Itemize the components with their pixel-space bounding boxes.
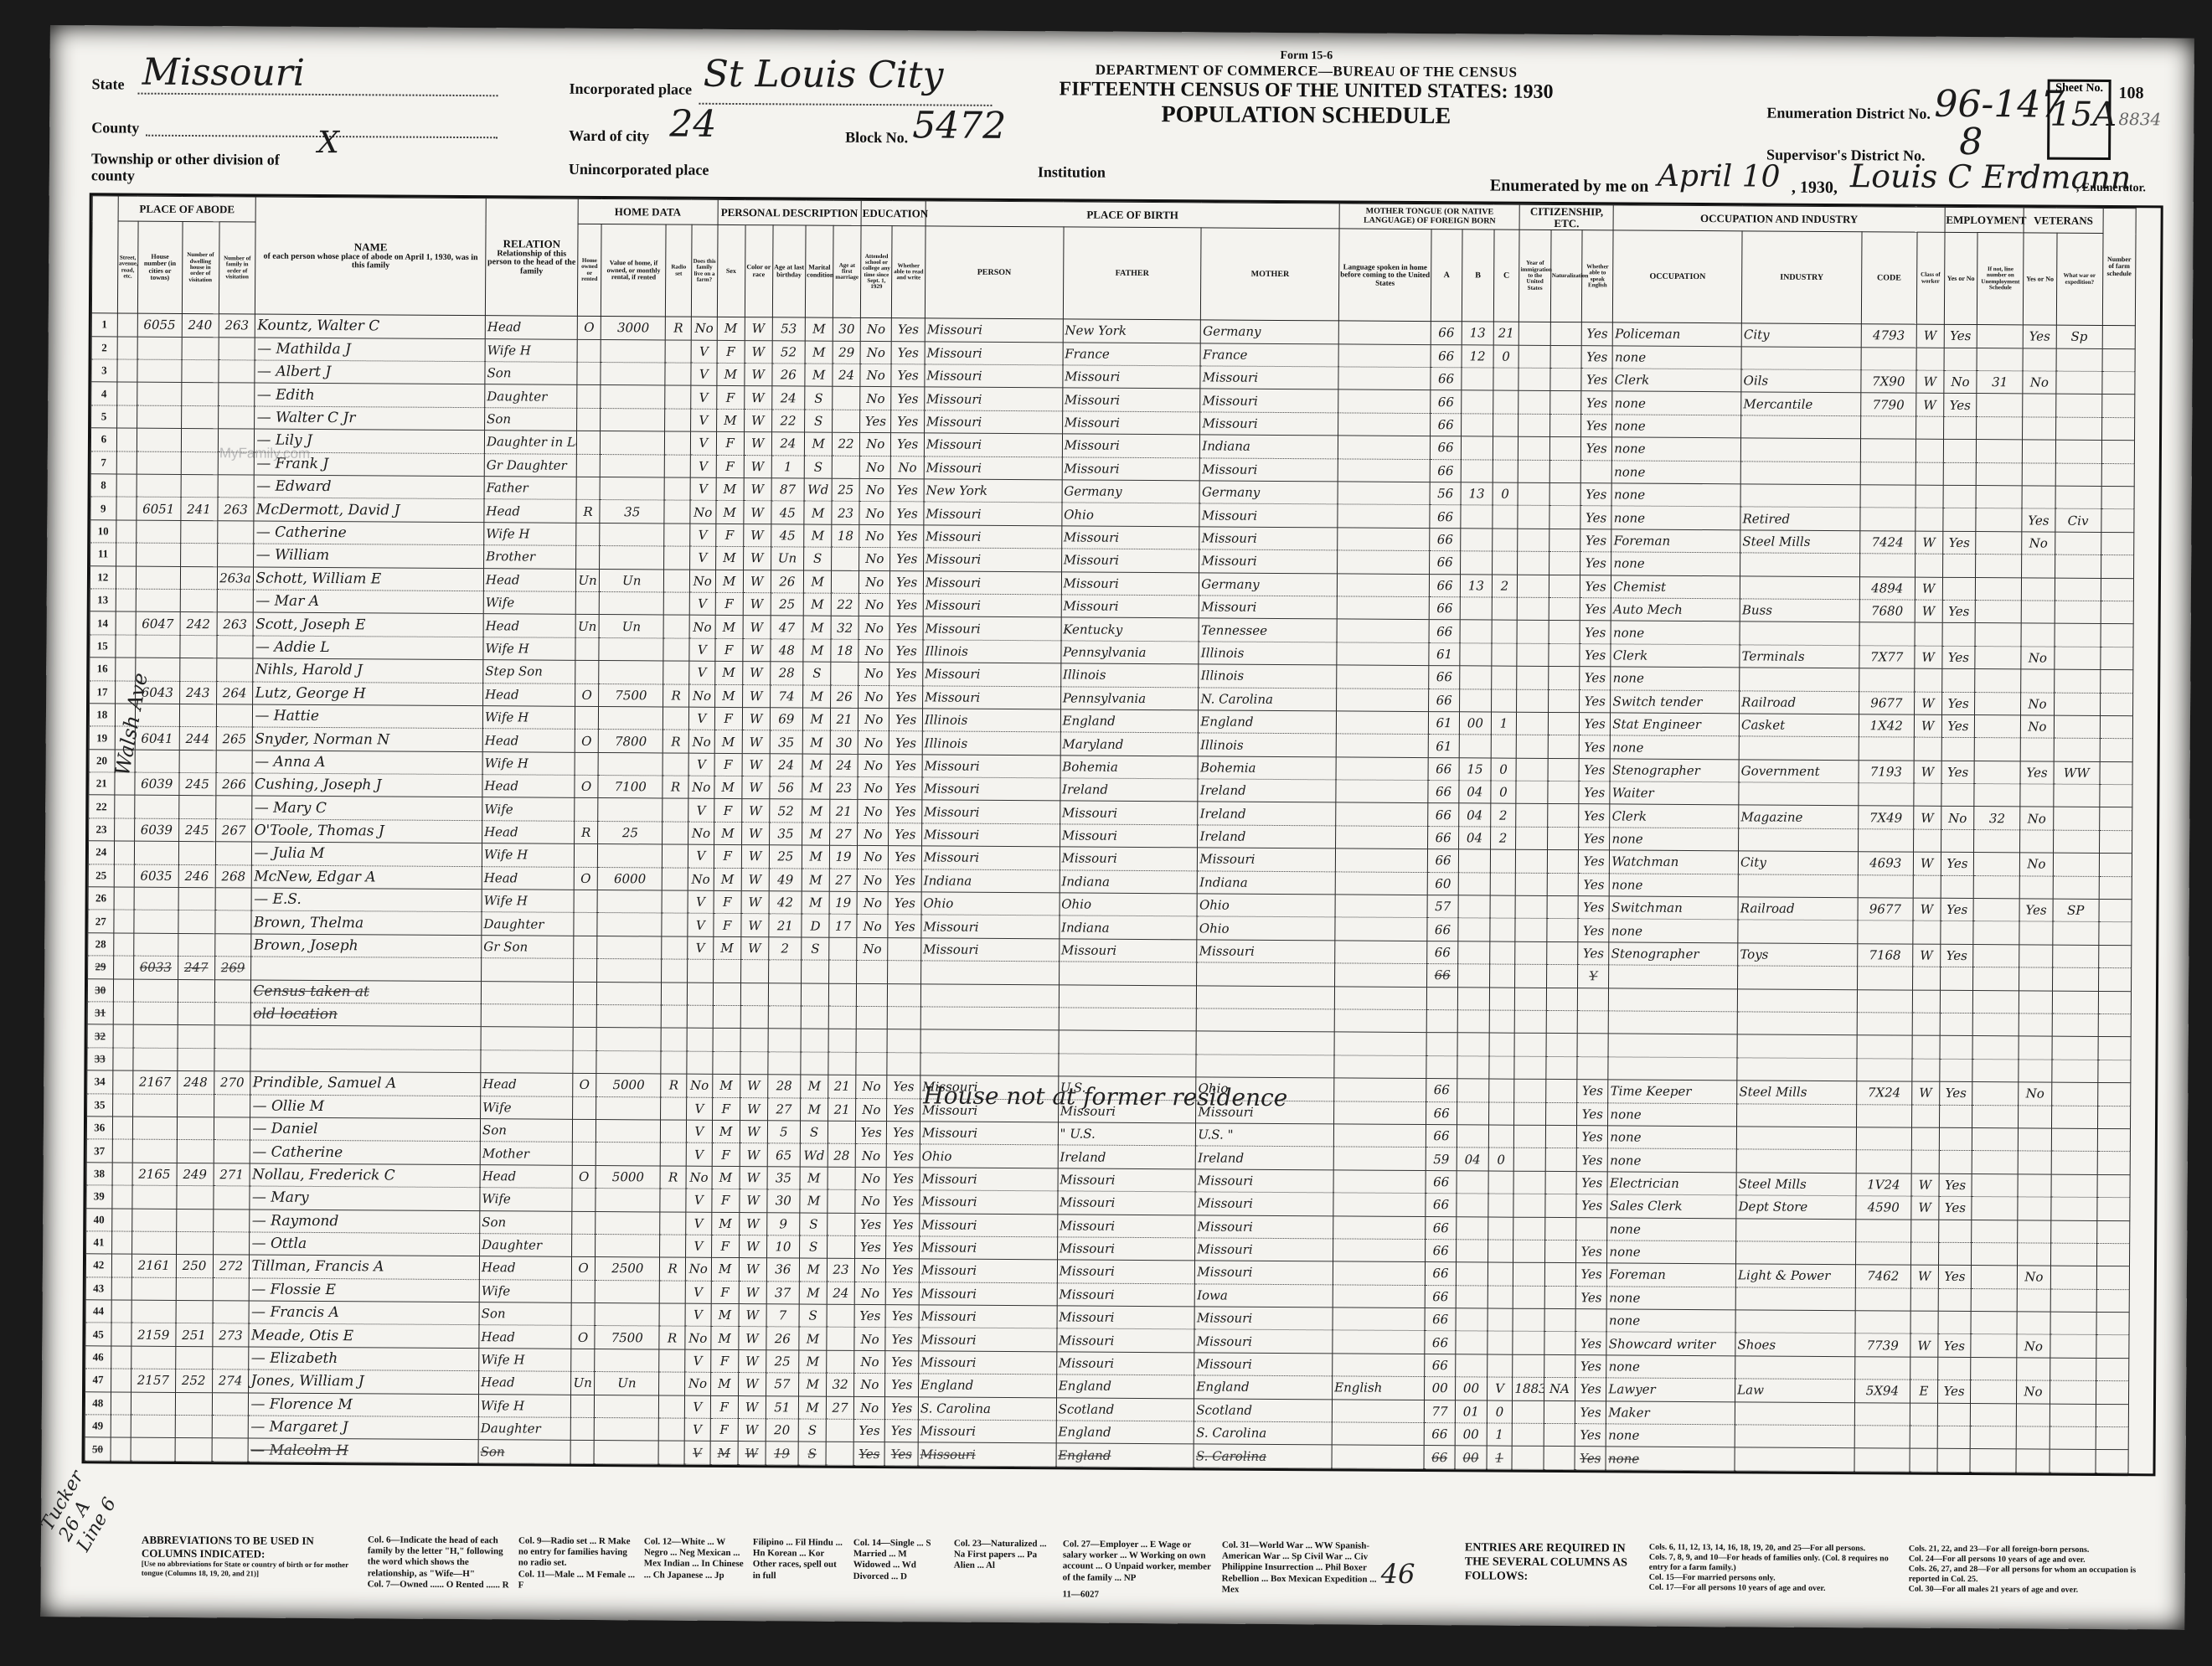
cell-emp bbox=[1941, 783, 1975, 807]
cell-emp-line bbox=[1976, 508, 2022, 532]
cell-code-c bbox=[1492, 597, 1518, 621]
cell-read: Yes bbox=[889, 639, 923, 663]
cell-house bbox=[131, 1392, 175, 1416]
cell-code-c bbox=[1488, 1240, 1513, 1263]
cell-emp: Yes bbox=[1937, 1380, 1971, 1404]
cell-farm-sched bbox=[2096, 1358, 2129, 1381]
cell-farm: V bbox=[685, 1303, 711, 1327]
cell-sex: M bbox=[717, 363, 745, 386]
cell-relation: Head bbox=[485, 316, 577, 339]
cell-family bbox=[218, 451, 255, 475]
cell-school: No bbox=[859, 433, 890, 456]
cell-value bbox=[597, 982, 662, 1005]
cell-sex: F bbox=[714, 753, 742, 776]
sheet-value: 15A bbox=[2050, 95, 2108, 134]
cell-sex: M bbox=[714, 868, 741, 891]
cell-line: 42 bbox=[85, 1254, 111, 1277]
cell-occ-code bbox=[1860, 508, 1916, 531]
cell-age-marriage: 25 bbox=[832, 478, 859, 502]
cell-line: 22 bbox=[89, 795, 115, 818]
cell-vet-war bbox=[2051, 1128, 2097, 1152]
cell-street bbox=[113, 933, 133, 957]
cell-radio bbox=[665, 409, 691, 432]
cell-vet bbox=[2023, 394, 2056, 417]
radio-header: Radio set bbox=[666, 224, 692, 317]
cell-vet bbox=[2016, 1426, 2050, 1450]
cell-emp-line: 31 bbox=[1977, 371, 2023, 395]
cell-vet-war bbox=[2052, 991, 2098, 1014]
cell-vet-war bbox=[2055, 395, 2101, 418]
cell-street bbox=[111, 1415, 131, 1438]
cell-industry bbox=[1736, 1127, 1856, 1150]
cell-age: 36 bbox=[766, 1258, 800, 1282]
cell-birth-mother bbox=[1196, 1055, 1334, 1078]
cell-occ-code bbox=[1860, 485, 1916, 508]
cell-school: Yes bbox=[855, 1121, 886, 1144]
cell-relation: Daughter bbox=[485, 384, 577, 408]
cell-vet-war bbox=[2055, 463, 2101, 487]
cell-vet-war bbox=[2056, 371, 2102, 395]
cell-age: 24 bbox=[771, 386, 805, 410]
cell-farm-sched bbox=[2098, 1037, 2132, 1060]
cell-vet: No bbox=[2017, 1334, 2050, 1358]
cell-street bbox=[116, 382, 137, 405]
cell-english: Yes bbox=[1576, 1194, 1608, 1218]
cell-code-c bbox=[1487, 1331, 1513, 1354]
col14-note: Col. 14—Single ... S Married ... M Widow… bbox=[853, 1538, 946, 1582]
cell-dwelling bbox=[177, 1048, 214, 1071]
cell-radio bbox=[660, 1235, 686, 1258]
cell-code-c bbox=[1488, 1217, 1513, 1240]
cell-relation: Wife bbox=[483, 591, 575, 615]
cell-immigration bbox=[1512, 1447, 1543, 1470]
cell-vet bbox=[2019, 990, 2053, 1014]
cell-english: Yes bbox=[1581, 369, 1613, 392]
cell-family: 263 bbox=[219, 314, 255, 338]
cell-marital: S bbox=[800, 1213, 828, 1236]
cell-vet bbox=[2019, 1105, 2052, 1128]
cell-school bbox=[857, 961, 888, 984]
cell-marital: M bbox=[803, 593, 831, 616]
cell-language bbox=[1338, 550, 1430, 574]
cell-occupation: Switch tender bbox=[1611, 689, 1740, 713]
cell-code-a bbox=[1426, 1033, 1457, 1056]
cell-farm-sched bbox=[2097, 1106, 2131, 1129]
street-header: Street, avenue, road, etc. bbox=[117, 221, 138, 313]
cell-birth-mother: Missouri bbox=[1194, 1353, 1333, 1376]
relation-group-header: RELATIONRelationship of this person to t… bbox=[485, 199, 578, 317]
cell-class: W bbox=[1914, 761, 1941, 784]
cell-dwelling: 249 bbox=[177, 1163, 214, 1186]
cell-vet-war bbox=[2050, 1426, 2096, 1450]
cell-farm-sched bbox=[2100, 739, 2133, 762]
cell-code-c: 1 bbox=[1487, 1423, 1513, 1447]
cell-value bbox=[600, 591, 664, 615]
cell-farm-sched bbox=[2101, 555, 2134, 579]
cell-code-a: 66 bbox=[1428, 689, 1459, 712]
cell-house bbox=[136, 589, 180, 612]
cell-vet-war bbox=[2053, 853, 2099, 876]
cell-occupation: Watchman bbox=[1610, 850, 1739, 874]
cell-occ-code bbox=[1856, 1219, 1911, 1242]
cell-relation: Head bbox=[483, 614, 575, 637]
cell-birth-mother: Missouri bbox=[1200, 458, 1338, 482]
cell-farm: No bbox=[688, 730, 714, 753]
cell-radio bbox=[663, 661, 689, 684]
cell-house bbox=[134, 910, 178, 934]
cell-naturalization bbox=[1544, 1332, 1575, 1355]
cell-name: — Walter C Jr bbox=[255, 406, 485, 431]
cell-name: Jones, William J bbox=[249, 1369, 479, 1394]
cell-age-marriage: 32 bbox=[827, 1373, 854, 1396]
cell-house: 6047 bbox=[136, 611, 180, 635]
cell-language bbox=[1337, 642, 1429, 666]
cell-emp-line bbox=[1970, 1426, 2016, 1450]
cell-code-a: 66 bbox=[1428, 803, 1459, 827]
cell-birth-mother: Indiana bbox=[1198, 871, 1336, 895]
cell-relation: Father bbox=[484, 477, 576, 500]
cell-radio bbox=[665, 431, 691, 455]
cell-relation: Wife bbox=[479, 1279, 571, 1302]
cell-emp-line bbox=[1971, 1288, 2017, 1312]
occupation-header: OCCUPATION bbox=[1613, 230, 1742, 323]
cell-house bbox=[131, 1277, 176, 1301]
cell-relation: Brother bbox=[484, 545, 576, 569]
cell-naturalization bbox=[1545, 1125, 1576, 1148]
cell-vet bbox=[2019, 945, 2053, 968]
cell-farm: V bbox=[684, 1442, 710, 1465]
class-worker-header: Class of worker bbox=[1916, 232, 1945, 324]
cell-birth-mother: Missouri bbox=[1200, 389, 1338, 412]
cell-occupation: none bbox=[1611, 506, 1740, 529]
cell-line: 33 bbox=[87, 1048, 113, 1071]
cell-family bbox=[214, 1048, 250, 1071]
cell-vet-war bbox=[2052, 1037, 2098, 1060]
cell-owned bbox=[577, 339, 601, 363]
naturalization-header: Naturalization bbox=[1550, 230, 1582, 322]
cell-industry: Terminals bbox=[1740, 645, 1859, 668]
cell-birth-person bbox=[920, 1053, 1059, 1076]
cell-vet-war bbox=[2056, 348, 2102, 372]
cell-house bbox=[136, 543, 180, 566]
cell-code-c: 0 bbox=[1491, 758, 1517, 781]
cell-sex: F bbox=[712, 1143, 740, 1167]
cell-marital: M bbox=[799, 1373, 827, 1396]
cell-emp bbox=[1940, 1013, 1973, 1036]
cell-dwelling bbox=[180, 544, 217, 567]
cell-relation: Head bbox=[483, 568, 575, 591]
cell-race: W bbox=[744, 455, 771, 478]
cell-read: Yes bbox=[886, 1190, 920, 1214]
cell-vet bbox=[2020, 738, 2054, 761]
cell-vet bbox=[2017, 1358, 2050, 1381]
code-a-header: A bbox=[1431, 230, 1462, 322]
cell-class bbox=[1915, 554, 1942, 577]
cell-marital: M bbox=[799, 1327, 827, 1350]
cell-industry: Magazine bbox=[1739, 805, 1859, 828]
cell-marital: M bbox=[803, 616, 831, 639]
cell-read: Yes bbox=[888, 892, 921, 916]
cell-birth-father: " U.S. bbox=[1058, 1122, 1196, 1146]
cell-farm-sched bbox=[2096, 1313, 2130, 1336]
cell-naturalization bbox=[1549, 391, 1580, 415]
cell-birth-person: Missouri bbox=[920, 1122, 1058, 1145]
cell-marital: M bbox=[805, 364, 833, 387]
cell-english: Yes bbox=[1575, 1263, 1607, 1287]
cell-dwelling bbox=[178, 1002, 214, 1025]
ward-value: 24 bbox=[669, 103, 716, 146]
cell-birth-father: Ohio bbox=[1062, 503, 1200, 526]
cell-immigration bbox=[1514, 1056, 1545, 1080]
cell-occupation: none bbox=[1606, 1309, 1735, 1333]
cell-birth-father: England bbox=[1056, 1443, 1194, 1467]
cell-dwelling: 243 bbox=[179, 681, 216, 704]
cell-name: — Hattie bbox=[253, 704, 483, 729]
cell-vet bbox=[2020, 830, 2054, 854]
cell-age-marriage bbox=[828, 1235, 855, 1259]
cell-occupation: none bbox=[1607, 1217, 1736, 1240]
incorporated-label: Incorporated place bbox=[569, 80, 692, 99]
cell-value bbox=[596, 1189, 660, 1212]
cell-emp bbox=[1941, 668, 1975, 692]
cell-emp bbox=[1943, 416, 1977, 440]
cell-emp-line bbox=[1977, 394, 2023, 417]
cell-occupation bbox=[1608, 1034, 1737, 1057]
cell-birth-father: Missouri bbox=[1057, 1283, 1195, 1307]
cell-vet bbox=[2019, 1060, 2052, 1083]
cell-industry: Railroad bbox=[1738, 897, 1858, 921]
cell-age-marriage: 27 bbox=[826, 1396, 853, 1420]
cell-occ-code bbox=[1855, 1311, 1910, 1334]
cell-sex: M bbox=[713, 936, 740, 960]
cell-family: 263a bbox=[217, 566, 254, 590]
cell-farm: V bbox=[684, 1395, 710, 1419]
cell-industry bbox=[1737, 1103, 1857, 1127]
schedule-title: POPULATION SCHEDULE bbox=[1013, 101, 1599, 131]
cell-house: 6051 bbox=[137, 498, 181, 521]
cell-industry bbox=[1740, 575, 1859, 599]
cell-marital: M bbox=[805, 317, 833, 341]
cell-emp-line bbox=[1974, 853, 2020, 876]
cell-code-a: 66 bbox=[1425, 1308, 1456, 1332]
cell-line: 41 bbox=[86, 1231, 112, 1255]
cell-vet bbox=[2021, 623, 2055, 647]
cell-class: W bbox=[1910, 1265, 1938, 1288]
cell-sex: F bbox=[710, 1349, 738, 1373]
cell-family: 274 bbox=[212, 1369, 249, 1393]
cell-occ-code bbox=[1854, 1402, 1910, 1426]
cell-birth-mother: Illinois bbox=[1199, 733, 1337, 756]
cell-code-a: 66 bbox=[1430, 413, 1461, 436]
cell-family bbox=[214, 1094, 250, 1117]
cell-sex: F bbox=[716, 386, 744, 410]
cell-birth-person: Missouri bbox=[924, 433, 1062, 456]
cell-sex: F bbox=[710, 1395, 738, 1419]
cell-dwelling: 250 bbox=[176, 1255, 213, 1278]
cell-class bbox=[1910, 1311, 1938, 1334]
cell-vet-war bbox=[2051, 1106, 2097, 1129]
cell-farm: V bbox=[686, 1212, 712, 1235]
cell-owned bbox=[575, 637, 600, 661]
cell-naturalization bbox=[1548, 781, 1579, 805]
cell-immigration bbox=[1517, 689, 1548, 713]
cell-immigration bbox=[1513, 1262, 1544, 1286]
cell-name: Schott, William E bbox=[254, 567, 484, 591]
cell-farm: No bbox=[685, 1257, 711, 1281]
cell-farm bbox=[687, 1005, 713, 1029]
cell-code-c bbox=[1493, 390, 1518, 414]
cell-name: McDermott, David J bbox=[254, 498, 484, 522]
marital-header: Marital condition bbox=[806, 225, 834, 317]
cell-read: Yes bbox=[889, 663, 923, 686]
cell-industry: Oils bbox=[1741, 369, 1861, 393]
cell-line: 38 bbox=[86, 1163, 112, 1186]
cell-owned bbox=[574, 936, 598, 959]
cell-industry bbox=[1737, 1012, 1857, 1035]
cell-race: W bbox=[742, 730, 770, 754]
race-header: Color or race bbox=[745, 225, 773, 317]
cell-race: W bbox=[738, 1419, 766, 1442]
cell-name: — Malcolm H bbox=[248, 1438, 478, 1462]
cell-naturalization bbox=[1544, 1217, 1575, 1240]
cell-code-c bbox=[1489, 918, 1515, 941]
cell-value bbox=[599, 706, 663, 730]
cell-race: W bbox=[740, 1121, 767, 1144]
cell-school: No bbox=[859, 502, 890, 525]
cell-sex: F bbox=[715, 592, 743, 616]
cell-farm-sched bbox=[2099, 785, 2132, 808]
cell-family: 263 bbox=[217, 498, 254, 521]
cell-farm: V bbox=[689, 546, 715, 570]
cell-class bbox=[1914, 668, 1941, 692]
cell-industry bbox=[1738, 920, 1858, 943]
cell-occ-code bbox=[1856, 1104, 1911, 1127]
cell-occ-code bbox=[1859, 737, 1914, 761]
cell-birth-father: Indiana bbox=[1060, 870, 1198, 894]
ed-label: Enumeration District No. bbox=[1766, 105, 1931, 123]
cell-age: 24 bbox=[771, 432, 805, 456]
cell-value bbox=[594, 1441, 658, 1464]
cell-emp-line bbox=[1971, 1403, 2017, 1426]
cell-marital: S bbox=[798, 1442, 826, 1465]
cell-farm: No bbox=[688, 868, 714, 891]
cell-read: Yes bbox=[891, 410, 925, 433]
cell-class bbox=[1910, 1449, 1937, 1473]
cell-sex: M bbox=[712, 1075, 740, 1098]
cell-naturalization bbox=[1549, 552, 1580, 575]
cell-farm: V bbox=[688, 914, 714, 937]
cell-read: Yes bbox=[887, 1075, 920, 1099]
cell-code-a: 66 bbox=[1428, 781, 1459, 804]
cell-value bbox=[597, 890, 662, 914]
cell-english: Yes bbox=[1581, 391, 1613, 415]
cell-occ-code bbox=[1857, 1035, 1912, 1059]
margin-note: Tucker 26 A Line 6 bbox=[37, 1473, 121, 1555]
cell-line: 28 bbox=[88, 933, 114, 957]
cell-owned bbox=[575, 798, 599, 822]
code-b-header: B bbox=[1462, 230, 1494, 322]
cell-farm-sched bbox=[2099, 830, 2132, 854]
cell-occupation: none bbox=[1608, 1126, 1737, 1149]
cell-street bbox=[114, 841, 134, 864]
cell-owned bbox=[576, 523, 601, 546]
cell-race bbox=[740, 1029, 768, 1052]
cell-language bbox=[1333, 1330, 1425, 1354]
cell-marital: M bbox=[799, 1350, 827, 1374]
cell-immigration bbox=[1513, 1308, 1544, 1332]
cell-english bbox=[1577, 988, 1609, 1011]
cell-occupation: Clerk bbox=[1611, 644, 1740, 668]
cell-code-b: 15 bbox=[1459, 757, 1490, 781]
cell-race bbox=[740, 1051, 768, 1075]
cell-industry bbox=[1741, 415, 1861, 439]
cell-class: W bbox=[1916, 370, 1944, 394]
cell-age-marriage: 21 bbox=[828, 1075, 856, 1098]
cell-read: Yes bbox=[890, 479, 924, 503]
cell-marital: M bbox=[800, 1189, 828, 1213]
cell-emp-line bbox=[1974, 829, 2020, 853]
cell-code-a: 66 bbox=[1427, 918, 1458, 941]
cell-line: 24 bbox=[88, 841, 114, 864]
cell-family bbox=[218, 406, 255, 430]
cell-emp-line bbox=[1973, 990, 2019, 1014]
cell-emp-line bbox=[1977, 348, 2023, 371]
cell-occ-code bbox=[1857, 1058, 1912, 1081]
cell-code-a: 66 bbox=[1427, 826, 1458, 849]
cell-birth-person: Missouri bbox=[920, 1213, 1058, 1236]
cell-value bbox=[597, 959, 662, 983]
cell-street bbox=[116, 474, 137, 498]
cell-farm-sched bbox=[2100, 670, 2133, 694]
cell-emp-line bbox=[1972, 1197, 2018, 1220]
cell-vet-war bbox=[2050, 1335, 2096, 1359]
cell-birth-person: Ohio bbox=[921, 892, 1060, 916]
cell-code-c bbox=[1488, 1194, 1513, 1217]
cell-street bbox=[112, 1094, 132, 1117]
cell-class bbox=[1914, 783, 1941, 807]
cell-vet: Yes bbox=[2023, 325, 2056, 348]
cell-farm-sched bbox=[2100, 715, 2133, 739]
cell-house bbox=[136, 566, 180, 590]
cell-birth-father: Missouri bbox=[1060, 801, 1198, 824]
cell-code-b bbox=[1458, 895, 1489, 919]
cell-school: No bbox=[854, 1328, 885, 1351]
cell-family: 267 bbox=[215, 819, 252, 843]
cell-owned bbox=[575, 706, 599, 730]
cell-read: Yes bbox=[889, 685, 923, 709]
cell-age: 51 bbox=[766, 1395, 799, 1419]
cell-dwelling bbox=[176, 1277, 213, 1301]
cell-value: 35 bbox=[600, 500, 664, 524]
cell-farm: V bbox=[690, 477, 716, 501]
personal-description-header: PERSONAL DESCRIPTION bbox=[718, 199, 862, 225]
cell-street bbox=[111, 1277, 131, 1301]
cell-emp-line bbox=[1975, 692, 2021, 715]
cell-naturalization bbox=[1548, 667, 1579, 690]
cell-industry bbox=[1735, 1287, 1855, 1311]
cell-code-a: 66 bbox=[1426, 1101, 1457, 1125]
cell-code-b bbox=[1458, 872, 1489, 895]
cell-code-a: 57 bbox=[1427, 895, 1458, 919]
cell-house: 2167 bbox=[133, 1070, 178, 1094]
cell-age-marriage bbox=[828, 1121, 855, 1144]
cell-dwelling bbox=[178, 1025, 214, 1049]
cell-immigration bbox=[1519, 322, 1550, 346]
cell-dwelling: 248 bbox=[177, 1071, 214, 1095]
cell-line: 18 bbox=[89, 704, 115, 727]
cell-read: Yes bbox=[891, 433, 925, 456]
cell-age: 53 bbox=[772, 317, 806, 341]
